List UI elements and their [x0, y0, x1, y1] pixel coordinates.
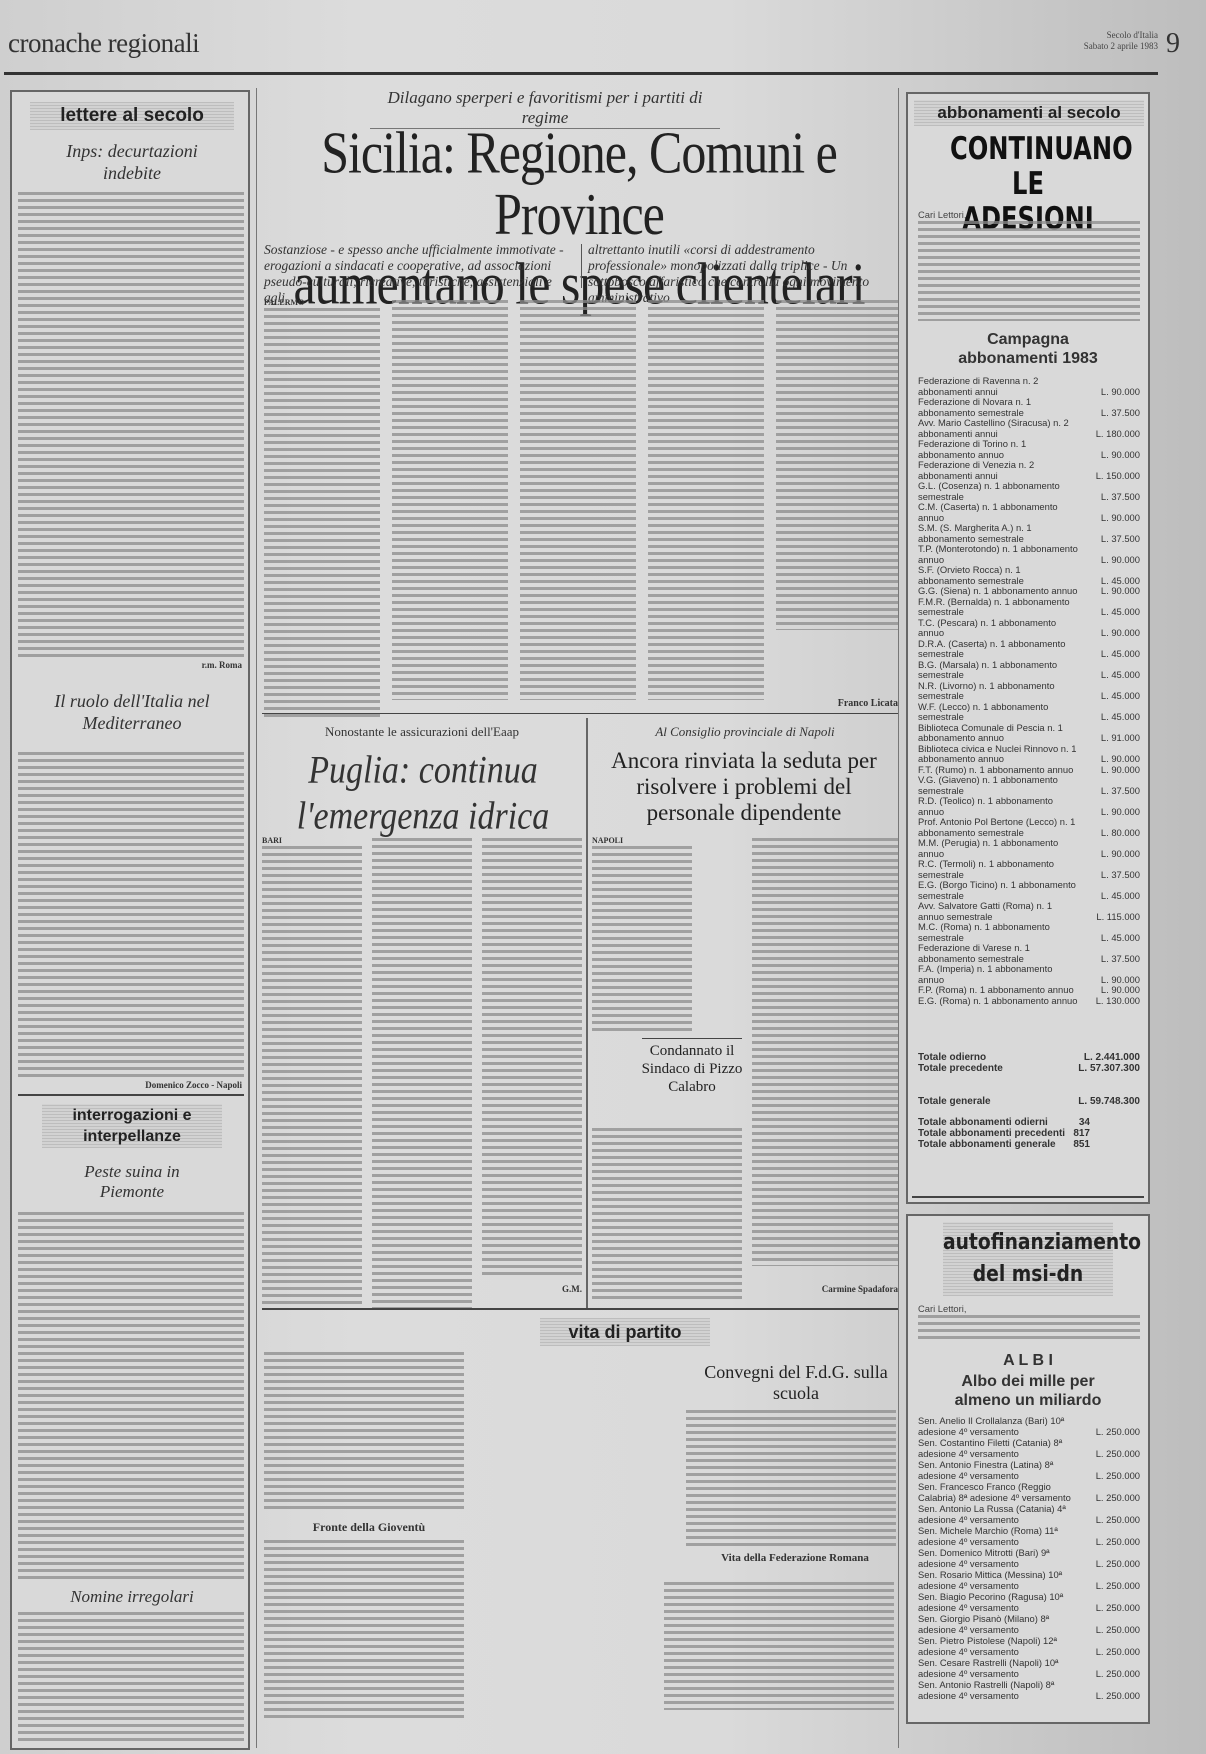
subscription-row-label: E.G. (Borgo Ticino) n. 1 abbonamento sem… [918, 880, 1078, 901]
subscription-row: E.G. (Roma) n. 1 abbonamento annuoL. 130… [918, 996, 1140, 1007]
napoli-dateline: NAPOLI [592, 836, 623, 845]
subscription-row-label: S.F. (Orvieto Rocca) n. 1 abbonamento se… [918, 565, 1078, 586]
subscription-row-label: G.G. (Siena) n. 1 abbonamento annuo [918, 586, 1078, 597]
fronte-listing [264, 1540, 464, 1720]
pizzo-column [592, 1128, 742, 1300]
albi-row: Sen. Anelio Il Crollalanza (Bari) 10ª ad… [918, 1416, 1140, 1437]
subscription-row-amount: L. 45.000 [1101, 712, 1140, 723]
federazione-body [664, 1582, 894, 1710]
albi-row: Sen. Antonio Rastrelli (Napoli) 8ª adesi… [918, 1680, 1140, 1701]
column-rule [898, 88, 899, 1748]
subscription-row-amount: L. 37.500 [1101, 534, 1140, 545]
subscription-row-label: Federazione di Venezia n. 2 abbonamenti … [918, 460, 1078, 481]
federazione-title: Vita della Federazione Romana [710, 1552, 880, 1565]
subscription-row-amount: L. 45.000 [1101, 691, 1140, 702]
subscription-row-label: C.M. (Caserta) n. 1 abbonamento annuo [918, 502, 1078, 523]
subscription-row-label: D.R.A. (Caserta) n. 1 abbonamento semest… [918, 639, 1078, 660]
subscription-row: B.G. (Marsala) n. 1 abbonamento semestra… [918, 660, 1140, 681]
subscription-row-amount: L. 90.000 [1101, 450, 1140, 461]
subscription-row: D.R.A. (Caserta) n. 1 abbonamento semest… [918, 639, 1140, 660]
lead-subhead-right: altrettanto inutili «corsi di addestrame… [588, 242, 896, 306]
subscription-row-amount: L. 37.500 [1101, 408, 1140, 419]
total-row-amount: L. 57.307.300 [1078, 1063, 1140, 1074]
section-title: cronache regionali [8, 28, 199, 59]
lead-headline-line1: Sicilia: Regione, Comuni e Province [262, 122, 896, 245]
albi-row-amount: L. 250.000 [1096, 1625, 1140, 1636]
albi-row-label: Sen. Costantino Filetti (Catania) 8ª ade… [918, 1438, 1078, 1459]
subscription-row-amount: L. 90.000 [1101, 985, 1140, 996]
subscription-row: G.L. (Cosenza) n. 1 abbonamento semestra… [918, 481, 1140, 502]
subscription-row-label: F.A. (Imperia) n. 1 abbonamento annuo [918, 964, 1078, 985]
lead-signature: Franco Licata [776, 698, 898, 709]
autofin-intro: oggi presentiamo ancora gli sottoscritto… [918, 1315, 1140, 1343]
subscription-row: Federazione di Venezia n. 2 abbonamenti … [918, 460, 1140, 481]
albi-row-amount: L. 250.000 [1096, 1559, 1140, 1570]
count-row: Totale abbonamenti generale851 [918, 1139, 1140, 1150]
subscription-row-amount: L. 90.000 [1101, 628, 1140, 639]
albi-row-amount: L. 250.000 [1096, 1691, 1140, 1702]
puglia-body: BARI G.M. [262, 838, 584, 1308]
count-row-amount: 851 [1073, 1139, 1090, 1150]
pizzo-rule [642, 1038, 742, 1039]
subscription-row-label: T.P. (Monterotondo) n. 1 abbonamento ann… [918, 544, 1078, 565]
count-row: Totale abbonamenti odierni34 [918, 1117, 1140, 1128]
albi-row-amount: L. 250.000 [1096, 1427, 1140, 1438]
albi-row: Sen. Antonio La Russa (Catania) 4ª adesi… [918, 1504, 1140, 1525]
subscription-row: Federazione di Varese n. 1 abbonamento s… [918, 943, 1140, 964]
lead-column [648, 300, 764, 700]
subscription-row-label: R.C. (Termoli) n. 1 abbonamento semestra… [918, 859, 1078, 880]
subscription-row-amount: L. 130.000 [1096, 996, 1140, 1007]
albi-row: Sen. Cesare Rastrelli (Napoli) 10ª adesi… [918, 1658, 1140, 1679]
interrogazione-title: Peste suina in Piemonte [62, 1162, 202, 1202]
albi-row-amount: L. 250.000 [1096, 1537, 1140, 1548]
subscription-row-label: Prof. Antonio Pol Bertone (Lecco) n. 1 a… [918, 817, 1078, 838]
subscription-row-label: V.G. (Giaveno) n. 1 abbonamento semestra… [918, 775, 1078, 796]
convegni-body [686, 1410, 896, 1548]
subscription-row-amount: L. 45.000 [1101, 933, 1140, 944]
subscription-row: G.G. (Siena) n. 1 abbonamento annuoL. 90… [918, 586, 1140, 597]
pizzo-headline: Condannato il Sindaco di Pizzo Calabro [640, 1042, 744, 1096]
subscription-row: R.C. (Termoli) n. 1 abbonamento semestra… [918, 859, 1140, 880]
subscription-row: Avv. Salvatore Gatti (Roma) n. 1 annuo s… [918, 901, 1140, 922]
albi-row-amount: L. 250.000 [1096, 1603, 1140, 1614]
subscription-row-label: E.G. (Roma) n. 1 abbonamento annuo [918, 996, 1078, 1007]
subscription-row: S.M. (S. Margherita A.) n. 1 abbonamento… [918, 523, 1140, 544]
total-row: Totale precedenteL. 57.307.300 [918, 1063, 1140, 1074]
count-row-label: Totale abbonamenti odierni [918, 1117, 1048, 1128]
subscription-row-amount: L. 90.000 [1101, 754, 1140, 765]
subscription-row: Federazione di Torino n. 1 abbonamento a… [918, 439, 1140, 460]
abbonamenti-bottom-rule [912, 1196, 1144, 1198]
letter-title: Inps: decurtazioni indebite [52, 140, 212, 184]
lead-column [776, 300, 898, 630]
napoli-body: NAPOLI Condannato il Sindaco di Pizzo Ca… [592, 838, 898, 1308]
napoli-column [592, 846, 692, 1032]
albi-row-label: Sen. Anelio Il Crollalanza (Bari) 10ª ad… [918, 1416, 1078, 1437]
albi-row-amount: L. 250.000 [1096, 1449, 1140, 1460]
subscription-row-label: Biblioteca Comunale di Pescia n. 1 abbon… [918, 723, 1078, 744]
albi-row-label: Sen. Michele Marchio (Roma) 11ª adesione… [918, 1526, 1078, 1547]
subscription-row-label: W.F. (Lecco) n. 1 abbonamento semestrale [918, 702, 1078, 723]
masthead: Secolo d'Italia Sabato 2 aprile 1983 [1084, 30, 1158, 52]
subscription-row: Federazione di Ravenna n. 2 abbonamenti … [918, 376, 1140, 397]
subscription-row-label: Federazione di Ravenna n. 2 abbonamenti … [918, 376, 1078, 397]
subscription-row-amount: L. 90.000 [1101, 765, 1140, 776]
subscription-row-amount: L. 37.500 [1101, 954, 1140, 965]
newspaper-page: cronache regionali Secolo d'Italia Sabat… [0, 0, 1206, 1754]
vita-listing [264, 1352, 464, 1512]
albi-row: Sen. Rosario Mittica (Messina) 10ª adesi… [918, 1570, 1140, 1591]
interrogazione-body [18, 1612, 244, 1744]
subscription-row-amount: L. 90.000 [1101, 513, 1140, 524]
subscription-row-label: M.C. (Roma) n. 1 abbonamento semestrale [918, 922, 1078, 943]
albi-row: Sen. Antonio Finestra (Latina) 8ª adesio… [918, 1460, 1140, 1481]
subscription-list: Federazione di Ravenna n. 2 abbonamenti … [918, 376, 1140, 1006]
subscription-row-amount: L. 90.000 [1101, 807, 1140, 818]
subscription-row: R.D. (Teolico) n. 1 abbonamento annuoL. … [918, 796, 1140, 817]
letters-column: lettere al secolo Inps: decurtazioni ind… [10, 90, 250, 1750]
lead-body: PALERMO Franco Licata [264, 300, 898, 720]
abbonamenti-box: abbonamenti al secolo CONTINUANO LE ADES… [906, 92, 1150, 1204]
subscription-row-amount: L. 37.500 [1101, 786, 1140, 797]
subscription-row: M.M. (Perugia) n. 1 abbonamento annuoL. … [918, 838, 1140, 859]
masthead-name: Secolo d'Italia [1084, 30, 1158, 41]
subscription-row-amount: L. 37.500 [1101, 492, 1140, 503]
albi-row-label: Sen. Giorgio Pisanò (Milano) 8ª adesione… [918, 1614, 1078, 1635]
grand-total-row: Totale generaleL. 59.748.300 [918, 1096, 1140, 1107]
count-row: Totale abbonamenti precedenti817 [918, 1128, 1140, 1139]
count-row-label: Totale abbonamenti precedenti [918, 1128, 1065, 1139]
subscription-row: M.C. (Roma) n. 1 abbonamento semestraleL… [918, 922, 1140, 943]
albi-row: Sen. Giorgio Pisanò (Milano) 8ª adesione… [918, 1614, 1140, 1635]
subscription-row-label: F.P. (Roma) n. 1 abbonamento annuo [918, 985, 1078, 996]
subscription-row-amount: L. 91.000 [1101, 733, 1140, 744]
subscription-row-amount: L. 37.500 [1101, 870, 1140, 881]
puglia-overline: Nonostante le assicurazioni dell'Eaap [262, 724, 582, 740]
subscription-row-label: T.C. (Pescara) n. 1 abbonamento annuo [918, 618, 1078, 639]
masthead-date: Sabato 2 aprile 1983 [1084, 41, 1158, 52]
subscription-row-label: R.D. (Teolico) n. 1 abbonamento annuo [918, 796, 1078, 817]
albi-row-label: Sen. Cesare Rastrelli (Napoli) 10ª adesi… [918, 1658, 1078, 1679]
column-rule [586, 718, 588, 1308]
albi-row: Sen. Francesco Franco (Reggio Calabria) … [918, 1482, 1140, 1503]
column-rule [256, 88, 257, 1748]
vita-top-rule [262, 1308, 898, 1310]
albi-list: Sen. Anelio Il Crollalanza (Bari) 10ª ad… [918, 1416, 1140, 1702]
fronte-title: Fronte della Gioventù [284, 1520, 454, 1535]
albi-row-amount: L. 250.000 [1096, 1581, 1140, 1592]
subscription-row-amount: L. 90.000 [1101, 849, 1140, 860]
subscription-row: Avv. Mario Castellino (Siracusa) n. 2 ab… [918, 418, 1140, 439]
subscription-row-amount: L. 90.000 [1101, 555, 1140, 566]
subscription-row: T.C. (Pescara) n. 1 abbonamento annuoL. … [918, 618, 1140, 639]
albi-row-amount: L. 250.000 [1096, 1493, 1140, 1504]
total-row-label: Totale precedente [918, 1063, 1003, 1074]
albi-row: Sen. Michele Marchio (Roma) 11ª adesione… [918, 1526, 1140, 1547]
subscription-row-label: Avv. Salvatore Gatti (Roma) n. 1 annuo s… [918, 901, 1078, 922]
subscription-row: E.G. (Borgo Ticino) n. 1 abbonamento sem… [918, 880, 1140, 901]
letter-body [18, 192, 244, 657]
interrogazione-body [18, 1212, 244, 1582]
subscription-row: Federazione di Novara n. 1 abbonamento s… [918, 397, 1140, 418]
subscription-row: W.F. (Lecco) n. 1 abbonamento semestrale… [918, 702, 1140, 723]
subscription-row: Prof. Antonio Pol Bertone (Lecco) n. 1 a… [918, 817, 1140, 838]
albi-row-amount: L. 250.000 [1096, 1471, 1140, 1482]
interrogazione-title: Nomine irregolari [42, 1587, 222, 1607]
albi-row: Sen. Biagio Pecorino (Ragusa) 10ª adesio… [918, 1592, 1140, 1613]
subscription-row-label: Federazione di Varese n. 1 abbonamento s… [918, 943, 1078, 964]
grand-total-label: Totale generale [918, 1096, 991, 1107]
subscription-row-label: Federazione di Novara n. 1 abbonamento s… [918, 397, 1078, 418]
lead-dateline: PALERMO [264, 298, 304, 307]
page-number: 9 [1166, 28, 1180, 60]
lead-column [392, 300, 508, 700]
total-row: Totale odiernoL. 2.441.000 [918, 1052, 1140, 1063]
albi-row-label: Sen. Francesco Franco (Reggio Calabria) … [918, 1482, 1078, 1503]
convegni-title: Convegni del F.d.G. sulla scuola [686, 1362, 896, 1404]
subscription-row: Biblioteca Comunale di Pescia n. 1 abbon… [918, 723, 1140, 744]
subscription-row-amount: L. 45.000 [1101, 891, 1140, 902]
count-row-amount: 34 [1079, 1117, 1090, 1128]
napoli-overline: Al Consiglio provinciale di Napoli [592, 724, 898, 740]
albi-row-label: Sen. Antonio La Russa (Catania) 4ª adesi… [918, 1504, 1078, 1525]
subscription-row-label: Biblioteca civica e Nuclei Rinnovo n. 1 … [918, 744, 1078, 765]
albi-row-amount: L. 250.000 [1096, 1647, 1140, 1658]
albi-row-label: Sen. Pietro Pistolese (Napoli) 12ª adesi… [918, 1636, 1078, 1657]
grand-total-amount: L. 59.748.300 [1078, 1096, 1140, 1107]
subscription-row-label: Avv. Mario Castellino (Siracusa) n. 2 ab… [918, 418, 1078, 439]
campaign-title: Campagna abbonamenti 1983 [938, 330, 1118, 368]
letter-signature: r.m. Roma [112, 660, 242, 670]
subscription-row-amount: L. 45.000 [1101, 607, 1140, 618]
subscription-row-amount: L. 80.000 [1101, 828, 1140, 839]
subscription-row-amount: L. 150.000 [1096, 471, 1140, 482]
header-rule [4, 72, 1158, 75]
puglia-column [482, 838, 582, 1278]
napoli-column [752, 838, 898, 1266]
puglia-signature: G.M. [482, 1284, 582, 1294]
vita-kicker: vita di partito [540, 1318, 710, 1346]
section-divider [18, 1094, 244, 1096]
autofinanziamento-box: autofinanziamento del msi-dn Cari Lettor… [906, 1214, 1150, 1724]
lead-bottom-rule [262, 713, 898, 714]
albi-row-label: Sen. Antonio Rastrelli (Napoli) 8ª adesi… [918, 1680, 1078, 1701]
abbonamenti-kicker: abbonamenti al secolo [914, 100, 1144, 126]
subscription-row: S.F. (Orvieto Rocca) n. 1 abbonamento se… [918, 565, 1140, 586]
lead-subhead-left: Sostanziose - e spesso anche ufficialmen… [264, 242, 574, 306]
subscription-row-label: G.L. (Cosenza) n. 1 abbonamento semestra… [918, 481, 1078, 502]
autofinanziamento-kicker: autofinanziamento del msi-dn [943, 1222, 1113, 1296]
albi-row-amount: L. 250.000 [1096, 1669, 1140, 1680]
puglia-column [262, 846, 362, 1308]
napoli-signature: Carmine Spadafora [752, 1284, 898, 1294]
letter-signature: Domenico Zocco - Napoli [72, 1080, 242, 1090]
albi-subtitle: Albo dei mille per almeno un miliardo [932, 1372, 1124, 1410]
subscription-row-label: N.R. (Livorno) n. 1 abbonamento semestra… [918, 681, 1078, 702]
abbonamenti-intro [918, 221, 1140, 321]
albi-row-label: Sen. Antonio Finestra (Latina) 8ª adesio… [918, 1460, 1078, 1481]
lead-column [520, 300, 636, 700]
albi-row-label: Sen. Biagio Pecorino (Ragusa) 10ª adesio… [918, 1592, 1078, 1613]
subhead-divider [581, 244, 582, 288]
subscription-row-amount: L. 180.000 [1096, 429, 1140, 440]
subscription-row: Biblioteca civica e Nuclei Rinnovo n. 1 … [918, 744, 1140, 765]
subscription-row: N.R. (Livorno) n. 1 abbonamento semestra… [918, 681, 1140, 702]
albi-title: A L B I [938, 1352, 1118, 1370]
letter-title: Il ruolo dell'Italia nel Mediterraneo [52, 690, 212, 734]
puglia-dateline: BARI [262, 836, 282, 845]
letter-body [18, 752, 244, 1077]
total-row-amount: L. 2.441.000 [1084, 1052, 1140, 1063]
subscription-row-label: Federazione di Torino n. 1 abbonamento a… [918, 439, 1078, 460]
subscription-row-amount: L. 90.000 [1101, 387, 1140, 398]
subscription-row-label: B.G. (Marsala) n. 1 abbonamento semestra… [918, 660, 1078, 681]
vita-left: Fronte della Gioventù [264, 1352, 464, 1752]
puglia-column [372, 838, 472, 1308]
napoli-headline: Ancora rinviata la seduta per risolvere … [594, 748, 894, 826]
subscription-row: T.P. (Monterotondo) n. 1 abbonamento ann… [918, 544, 1140, 565]
albi-row: Sen. Costantino Filetti (Catania) 8ª ade… [918, 1438, 1140, 1459]
subscription-row-label: S.M. (S. Margherita A.) n. 1 abbonamento… [918, 523, 1078, 544]
letters-kicker: lettere al secolo [30, 102, 234, 130]
subscription-row: F.P. (Roma) n. 1 abbonamento annuoL. 90.… [918, 985, 1140, 996]
count-row-amount: 817 [1073, 1128, 1090, 1139]
subscription-row: F.M.R. (Bernalda) n. 1 abbonamento semes… [918, 597, 1140, 618]
subscription-row-label: F.M.R. (Bernalda) n. 1 abbonamento semes… [918, 597, 1078, 618]
subscription-row-amount: L. 45.000 [1101, 649, 1140, 660]
subscription-row-amount: L. 90.000 [1101, 586, 1140, 597]
albi-row-label: Sen. Rosario Mittica (Messina) 10ª adesi… [918, 1570, 1078, 1591]
subscription-row: V.G. (Giaveno) n. 1 abbonamento semestra… [918, 775, 1140, 796]
subscription-row: F.A. (Imperia) n. 1 abbonamento annuoL. … [918, 964, 1140, 985]
subscription-row-amount: L. 115.000 [1096, 912, 1140, 923]
abbonamenti-salutation: Cari Lettori, [918, 210, 966, 221]
subscription-row-label: M.M. (Perugia) n. 1 abbonamento annuo [918, 838, 1078, 859]
albi-row-amount: L. 250.000 [1096, 1515, 1140, 1526]
albi-row: Sen. Pietro Pistolese (Napoli) 12ª adesi… [918, 1636, 1140, 1657]
subscription-row: C.M. (Caserta) n. 1 abbonamento annuoL. … [918, 502, 1140, 523]
autofin-salutation: Cari Lettori, [918, 1304, 966, 1315]
subscription-totals: Totale odiernoL. 2.441.000Totale precede… [918, 1052, 1140, 1150]
count-row-label: Totale abbonamenti generale [918, 1139, 1056, 1150]
albi-row: Sen. Domenico Mitrotti (Bari) 9ª adesion… [918, 1548, 1140, 1569]
interrogazioni-kicker: interrogazioni e interpellanze [42, 1104, 222, 1148]
albi-row-label: Sen. Domenico Mitrotti (Bari) 9ª adesion… [918, 1548, 1078, 1569]
total-row-label: Totale odierno [918, 1052, 986, 1063]
puglia-headline: Puglia: continua l'emergenza idrica [262, 748, 584, 840]
subscription-row-amount: L. 45.000 [1101, 670, 1140, 681]
lead-column [264, 308, 380, 720]
